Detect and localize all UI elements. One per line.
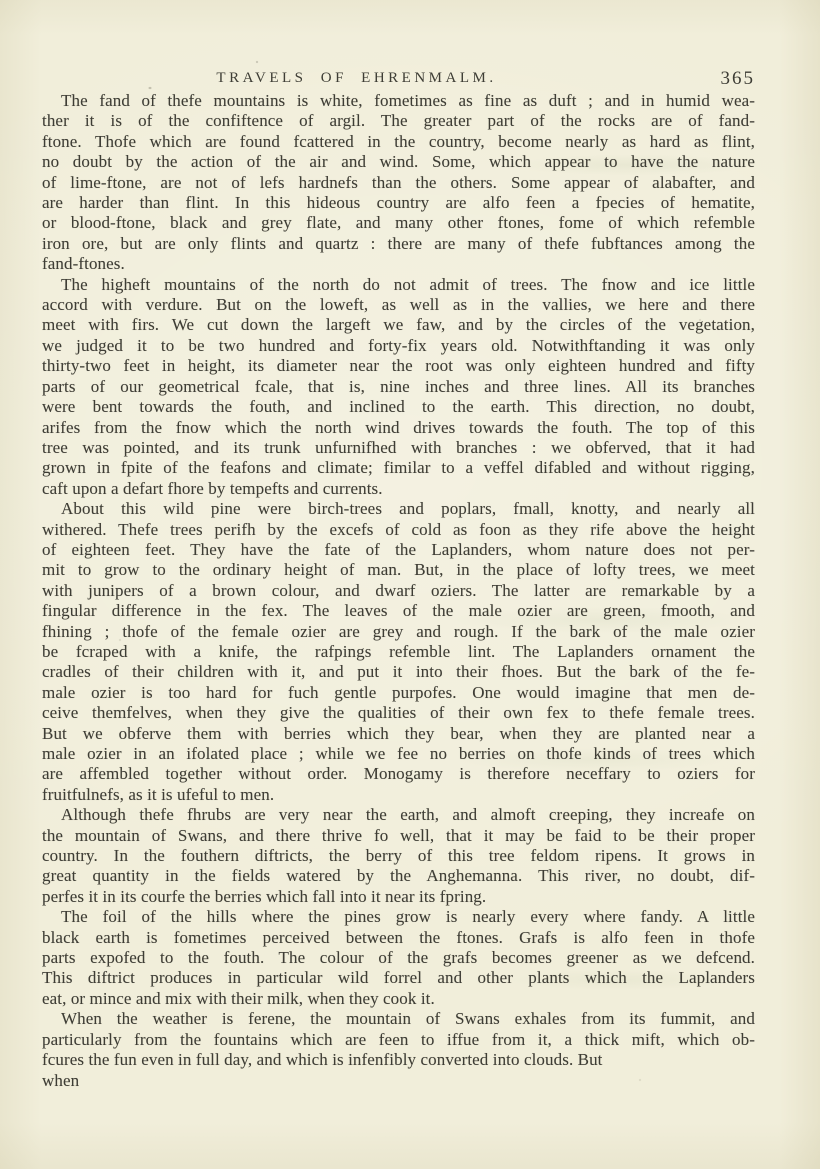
paragraph: About this wild pine were birch-trees an… <box>42 499 755 805</box>
text-line: About this wild pine were birch-trees an… <box>42 499 755 519</box>
text-line: tree was pointed, and its trunk unfurnif… <box>42 438 755 458</box>
text-line: This diftrict produces in particular wil… <box>42 968 755 988</box>
text-line: The fand of thefe mountains is white, fo… <box>42 91 755 111</box>
text-line: When the weather is ferene, the mountain… <box>42 1009 755 1029</box>
text-line: iron ore, but are only flints and quartz… <box>42 234 755 254</box>
text-line: with junipers of a brown colour, and dwa… <box>42 581 755 601</box>
text-line: cradles of their children with it, and p… <box>42 662 755 682</box>
text-line: eat, or mince and mix with their milk, w… <box>42 989 755 1009</box>
text-line: fcures the fun even in full day, and whi… <box>42 1050 755 1070</box>
text-line: perfes it in its courfe the berries whic… <box>42 887 755 907</box>
text-line: mit to grow to the ordinary height of ma… <box>42 560 755 580</box>
paragraph: The higheft mountains of the north do no… <box>42 275 755 499</box>
text-line: thirty-two feet in height, its diameter … <box>42 356 755 376</box>
text-line: meet with firs. We cut down the largeft … <box>42 315 755 335</box>
text-line: But we obferve them with berries which t… <box>42 724 755 744</box>
text-line: fingular difference in the fex. The leav… <box>42 601 755 621</box>
text-line: grown in fpite of the feafons and climat… <box>42 458 755 478</box>
text-line: country. In the fouthern diftricts, the … <box>42 846 755 866</box>
text-line: parts of our geometrical fcale, that is,… <box>42 377 755 397</box>
text-line: male ozier in an ifolated place ; while … <box>42 744 755 764</box>
text-line: parts expofed to the fouth. The colour o… <box>42 948 755 968</box>
text-line: The higheft mountains of the north do no… <box>42 275 755 295</box>
text-line: the mountain of Swans, and there thrive … <box>42 826 755 846</box>
text-line: fhining ; thofe of the female ozier are … <box>42 622 755 642</box>
catchword: when <box>42 1071 755 1091</box>
paragraph: The foil of the hills where the pines gr… <box>42 907 755 1009</box>
paragraph: The fand of thefe mountains is white, fo… <box>42 91 755 275</box>
text-line: of eighteen feet. They have the fate of … <box>42 540 755 560</box>
text-line: ceive themfelves, when they give the qua… <box>42 703 755 723</box>
text-line: or blood-ftone, black and grey flate, an… <box>42 213 755 233</box>
text-line: of lime-ftone, are not of lefs hardnefs … <box>42 173 755 193</box>
text-line: be fcraped with a knife, the rafpings re… <box>42 642 755 662</box>
text-line: The foil of the hills where the pines gr… <box>42 907 755 927</box>
text-line: fruitfulnefs, as it is ufeful to men. <box>42 785 755 805</box>
paragraph: When the weather is ferene, the mountain… <box>42 1009 755 1070</box>
text-line: caft upon a defart fhore by tempefts and… <box>42 479 755 499</box>
text-line: no doubt by the action of the air and wi… <box>42 152 755 172</box>
text-line: are affembled together without order. Mo… <box>42 764 755 784</box>
text-line: fand-ftones. <box>42 254 755 274</box>
text-line: particularly from the fountains which ar… <box>42 1030 755 1050</box>
text-line: Although thefe fhrubs are very near the … <box>42 805 755 825</box>
text-line: ther it is of the confiftence of argil. … <box>42 111 755 131</box>
text-line: accord with verdure. But on the loweft, … <box>42 295 755 315</box>
book-page-scan: TRAVELS OF EHRENMALM. 365 The fand of th… <box>0 0 820 1169</box>
text-line: ftone. Thofe which are found fcattered i… <box>42 132 755 152</box>
text-line: we judged it to be two hundred and forty… <box>42 336 755 356</box>
paragraph: Although thefe fhrubs are very near the … <box>42 805 755 907</box>
text-line: withered. Thefe trees perifh by the exce… <box>42 520 755 540</box>
text-line: black earth is fometimes perceived betwe… <box>42 928 755 948</box>
text-line: arifes from the fnow which the north win… <box>42 418 755 438</box>
text-line: were bent towards the fouth, and incline… <box>42 397 755 417</box>
text-line: are harder than flint. In this hideous c… <box>42 193 755 213</box>
text-block: The fand of thefe mountains is white, fo… <box>42 91 755 1091</box>
text-line: great quantity in the fields watered by … <box>42 866 755 886</box>
page-number: 365 <box>721 68 756 90</box>
page-title: TRAVELS OF EHRENMALM. <box>0 70 713 87</box>
text-line: male ozier is too hard for fuch gentle p… <box>42 683 755 703</box>
